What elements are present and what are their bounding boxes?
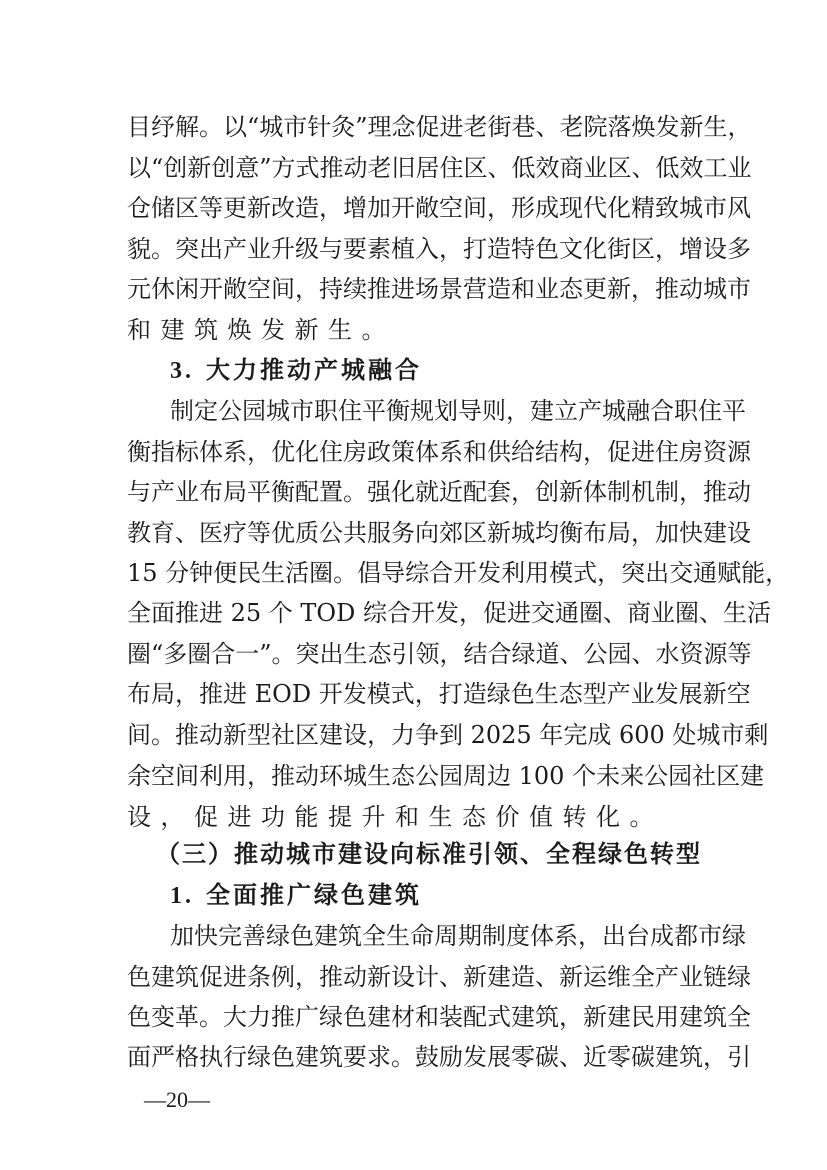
paragraph-3-line-4: 面严格执行绿色建筑要求。鼓励发展零碳、近零碳建筑，引	[127, 1037, 700, 1077]
paragraph-3-line-1: 加快完善绿色建筑全生命周期制度体系，出台成都市绿	[170, 916, 700, 956]
paragraph-2-line-10: 余空间利用，推动环城生态公园周边 100 个未来公园社区建	[127, 756, 700, 796]
paragraph-1-line-5: 元休闲开敞空间，持续推进场景营造和业态更新，推动城市	[127, 269, 700, 309]
paragraph-1-line-1: 目纾解。以“城市针灸”理念促进老街巷、老院落焕发新生，	[127, 107, 700, 147]
paragraph-1-line-6: 和建筑焕发新生。	[127, 310, 700, 350]
paragraph-2-line-1: 制定公园城市职住平衡规划导则，建立产城融合职住平	[170, 391, 700, 431]
paragraph-2-line-6: 全面推进 25 个 TOD 综合开发，促进交通圈、商业圈、生活	[127, 593, 700, 633]
paragraph-2-line-3: 与产业布局平衡配置。强化就近配套，创新体制机制，推动	[127, 472, 700, 512]
paragraph-1-line-3: 仓储区等更新改造，增加开敞空间，形成现代化精致城市风	[127, 188, 700, 228]
subheading-number: 3.	[170, 358, 194, 384]
document-page: 目纾解。以“城市针灸”理念促进老街巷、老院落焕发新生， 以“创新创意”方式推动老…	[0, 0, 827, 1170]
paragraph-1-line-2: 以“创新创意”方式推动老旧居住区、低效商业区、低效工业	[127, 148, 700, 188]
subheading-number: 1.	[170, 883, 194, 909]
paragraph-2-line-7: 圈“多圈合一”。突出生态引领，结合绿道、公园、水资源等	[127, 634, 700, 674]
section-heading: （三）推动城市建设向标准引领、全程绿色转型	[156, 834, 702, 874]
paragraph-2-line-8: 布局，推进 EOD 开发模式，打造绿色生态型产业发展新空	[127, 674, 700, 714]
paragraph-2-line-4: 教育、医疗等优质公共服务向郊区新城均衡布局，加快建设	[127, 513, 700, 553]
subheading-title: 大力推动产城融合	[206, 356, 422, 384]
paragraph-2-line-11: 设，促进功能提升和生态价值转化。	[127, 797, 700, 837]
subheading-title: 全面推广绿色建筑	[206, 881, 422, 909]
paragraph-2-line-9: 间。推动新型社区建设，力争到 2025 年完成 600 处城市剩	[127, 715, 700, 755]
paragraph-1-line-4: 貌。突出产业升级与要素植入，打造特色文化街区，增设多	[127, 229, 700, 269]
paragraph-3-line-3: 色变革。大力推广绿色建材和装配式建筑，新建民用建筑全	[127, 997, 700, 1037]
paragraph-2-line-5: 15 分钟便民生活圈。倡导综合开发利用模式，突出交通赋能，	[127, 553, 700, 593]
subheading-1: 1.全面推广绿色建筑	[170, 875, 422, 915]
paragraph-3-line-2: 色建筑促进条例，推动新设计、新建造、新运维全产业链绿	[127, 957, 700, 997]
paragraph-2-line-2: 衡指标体系，优化住房政策体系和供给结构，促进住房资源	[127, 432, 700, 472]
page-number: —20—	[144, 1086, 210, 1114]
subheading-3: 3.大力推动产城融合	[170, 350, 422, 390]
